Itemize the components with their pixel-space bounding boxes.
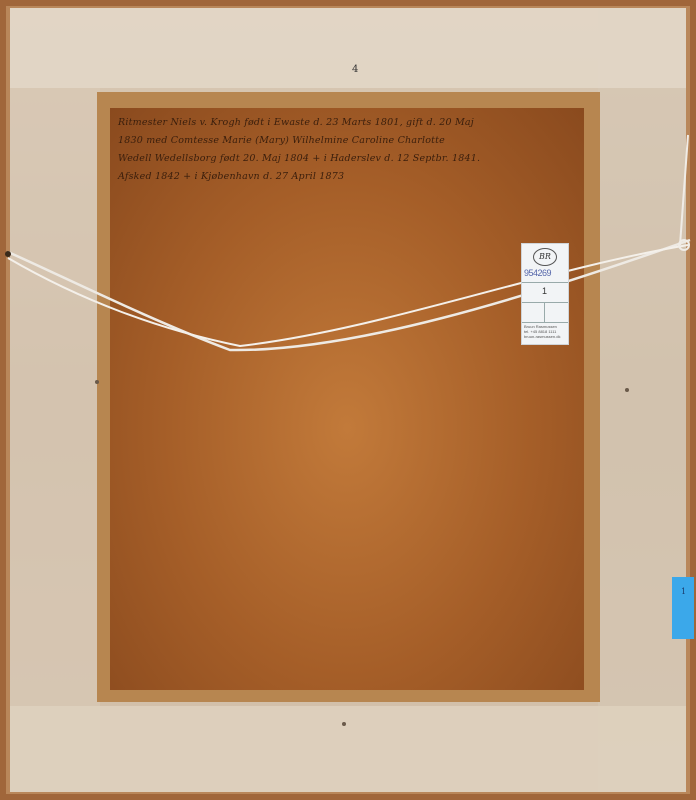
auction-logo-icon: BR <box>533 248 557 266</box>
label-footer: Bruun Rasmussen tel. +45 8818 1111 bruun… <box>524 324 566 339</box>
blue-tape: 1 <box>672 577 694 639</box>
nail <box>342 722 346 726</box>
lot-number: 954269 <box>524 268 566 278</box>
auction-label: BR 954269 1 Bruun Rasmussen tel. +45 881… <box>521 243 569 345</box>
handwritten-mark: 1 <box>542 286 547 296</box>
hanging-cord <box>0 0 696 800</box>
nail <box>625 388 629 392</box>
nail <box>95 380 99 384</box>
